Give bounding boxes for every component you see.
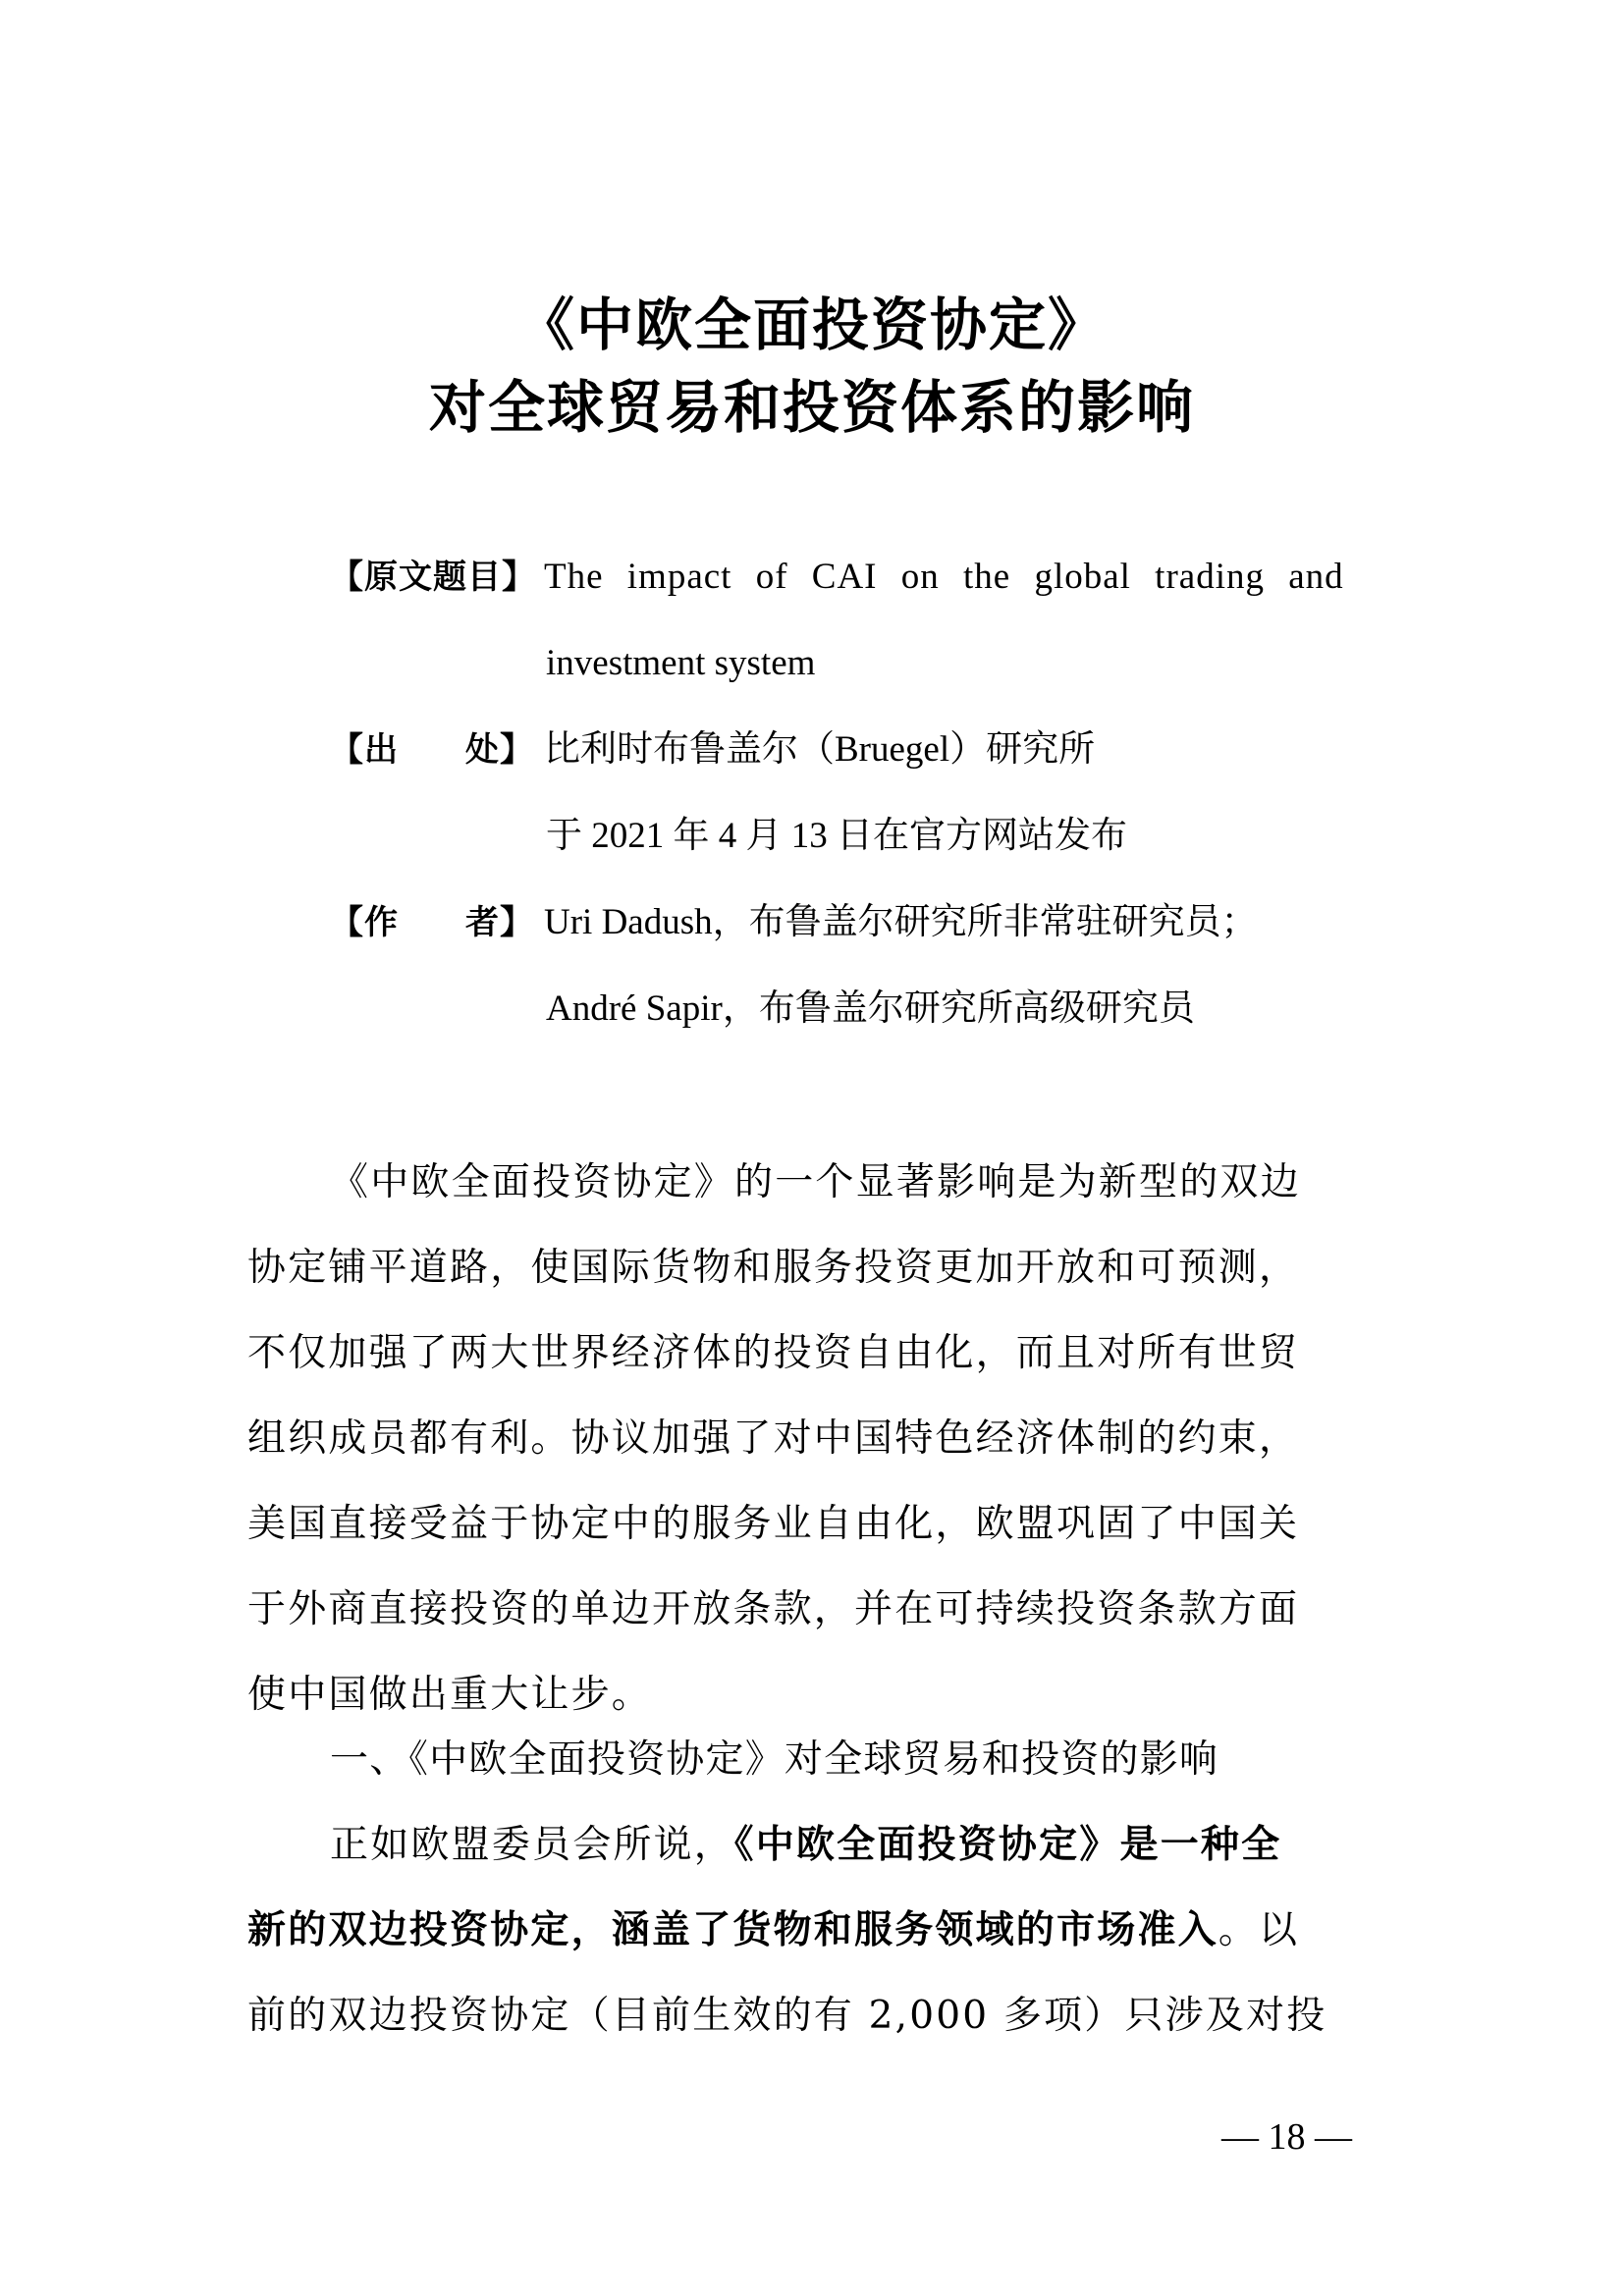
- meta-label-source: 【出处】: [330, 728, 544, 772]
- document-title-line-1: 《中欧全面投资协定》: [0, 291, 1624, 359]
- meta-value-source-line-1: 比利时布鲁盖尔（Bruegel）研究所: [544, 729, 1095, 770]
- meta-label-original-title: 【原文题目】: [330, 556, 544, 599]
- meta-label-source-last: 处】: [465, 730, 534, 770]
- paragraph-2-line-1-normal: 正如欧盟委员会所说，: [330, 1823, 734, 1867]
- paragraph-1-line-2: 协定铺平道路，使国际货物和服务投资更加开放和可预测，: [247, 1244, 1390, 1293]
- page-number: — 18 —: [1221, 2114, 1352, 2160]
- paragraph-2-line-3: 前的双边投资协定（目前生效的有 2,000 多项）只涉及对投: [247, 1992, 1390, 2041]
- meta-value-original-title-line-2: investment system: [546, 642, 815, 685]
- paragraph-2-line-2-bold: 新的双边投资协定，涵盖了货物和服务领域的市场准入: [247, 1908, 1218, 1952]
- paragraph-1-line-3: 不仅加强了两大世界经济体的投资自由化，而且对所有世贸: [247, 1329, 1390, 1378]
- meta-label-author-first: 【作: [330, 903, 399, 942]
- section-heading: 一、《中欧全面投资协定》对全球贸易和投资的影响: [330, 1735, 1473, 1785]
- document-title-line-2: 对全球贸易和投资体系的影响: [0, 373, 1624, 442]
- meta-original-title: 【原文题目】The impact of CAI on the global tr…: [330, 556, 1344, 599]
- paragraph-1-line-1: 《中欧全面投资协定》的一个显著影响是为新型的双边: [330, 1158, 1473, 1207]
- paragraph-2-line-1-bold: 《中欧全面投资协定》是一种全: [734, 1823, 1281, 1867]
- document-page: 《中欧全面投资协定》 对全球贸易和投资体系的影响 【原文题目】The impac…: [0, 0, 1624, 2296]
- paragraph-1-line-4: 组织成员都有利。协议加强了对中国特色经济体制的约束，: [247, 1415, 1390, 1464]
- paragraph-2-line-2: 新的双边投资协定，涵盖了货物和服务领域的市场准入。以: [247, 1906, 1390, 1955]
- meta-label-author-last: 者】: [465, 903, 534, 942]
- meta-author: 【作者】Uri Dadush，布鲁盖尔研究所非常驻研究员；: [330, 901, 1258, 944]
- meta-source: 【出处】比利时布鲁盖尔（Bruegel）研究所: [330, 728, 1095, 772]
- meta-label-author: 【作者】: [330, 901, 544, 944]
- meta-value-author-line-2: André Sapir，布鲁盖尔研究所高级研究员: [546, 988, 1195, 1031]
- meta-value-original-title-line-1: The impact of CAI on the global trading …: [544, 557, 1344, 597]
- meta-label-source-first: 【出: [330, 730, 399, 770]
- meta-value-source-line-2: 于 2021 年 4 月 13 日在官方网站发布: [546, 815, 1127, 858]
- meta-value-author-line-1: Uri Dadush，布鲁盖尔研究所非常驻研究员；: [544, 902, 1258, 942]
- paragraph-1-line-6: 于外商直接投资的单边开放条款，并在可持续投资条款方面: [247, 1585, 1390, 1634]
- paragraph-1-line-7: 使中国做出重大让步。: [247, 1671, 1390, 1720]
- paragraph-2-line-1: 正如欧盟委员会所说，《中欧全面投资协定》是一种全: [330, 1821, 1473, 1870]
- paragraph-2-line-2-normal: 。以: [1218, 1908, 1299, 1952]
- paragraph-1-line-5: 美国直接受益于协定中的服务业自由化，欧盟巩固了中国关: [247, 1500, 1390, 1549]
